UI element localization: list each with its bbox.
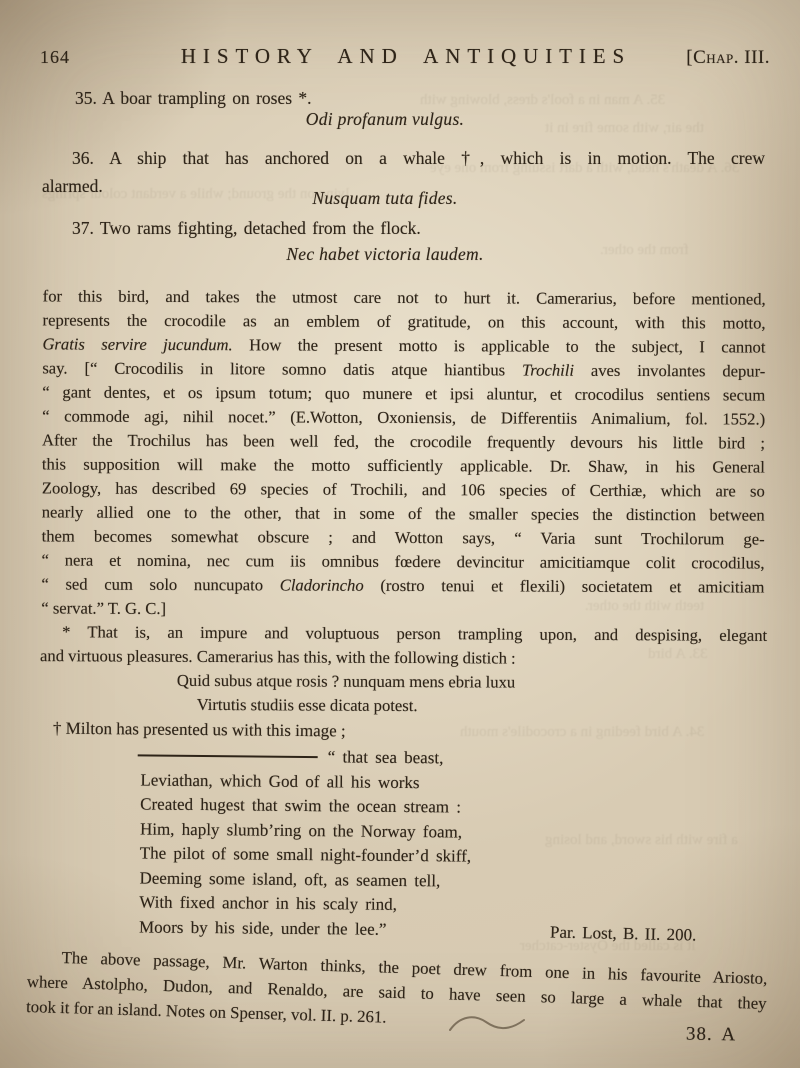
entry-37-motto: Nec habet victoria laudem. [40, 244, 730, 265]
page-number: 164 [40, 47, 160, 68]
note-line-rest: How the present motto is applicable to t… [233, 335, 766, 356]
show-through-text: 35. A man in a fool's dress, blowing wit… [420, 92, 665, 109]
note-line: say. [“ Crocodilis in litore somno datis… [42, 356, 765, 383]
catchword: 38. A [686, 1024, 737, 1047]
note-line: After the Trochilus has been well fed, t… [42, 428, 765, 455]
entry-35-text: A boar trampling on roses *. [97, 88, 312, 108]
entry-36-number: 36. [72, 148, 94, 168]
running-title: HISTORY AND ANTIQUITIES [160, 44, 652, 69]
note-line: “ gant dentes, et os ipsum totum; quo mu… [42, 380, 765, 407]
note-line-part: say. [“ Crocodilis in litore somno datis… [42, 358, 522, 379]
entry-35-line: 35. A boar trampling on roses *. [75, 88, 312, 109]
note-line-part: aves involantes depur- [574, 361, 765, 381]
note-line: represents the crocodile as an emblem of… [43, 308, 766, 335]
chapter-label: [Chap. III. [652, 47, 770, 69]
footnote-asterisk: * That is, an impure and voluptuous pers… [40, 620, 767, 720]
note-line: “ nera et nomina, nec cum iis omnibus fœ… [41, 548, 764, 575]
entry-35-number: 35. [75, 88, 97, 108]
latin-term-inline: Trochili [522, 361, 574, 380]
ink-squiggle-mark [448, 1012, 528, 1038]
book-page-photo: 35. A man in a fool's dress, blowing wit… [0, 0, 800, 1068]
note-continuation: for this bird, and takes the utmost care… [41, 284, 765, 623]
footnote-closing-paragraph: The above passage, Mr. Warton thinks, th… [26, 944, 768, 1041]
note-line: this supposition will make the motto suf… [42, 452, 765, 479]
note-line: nearly allied one to the other, that in … [42, 500, 765, 527]
note-line: Zoology, has described 69 species of Tro… [42, 476, 765, 503]
note-line: them becomes somewhat obscure ; and Wott… [42, 524, 765, 551]
entry-36-text: A ship that has anchored on a whale †, w… [94, 148, 765, 168]
running-head: 164 HISTORY AND ANTIQUITIES [Chap. III. [40, 44, 770, 69]
entry-35-motto: Odi profanum vulgus. [40, 109, 730, 130]
note-line-final: “ servat.” T. G. C.] [41, 596, 764, 623]
note-line: “ sed cum solo nuncupato Cladorincho (ro… [41, 572, 764, 599]
entry-37-line: 37. Two rams fighting, detached from the… [72, 218, 421, 239]
entry-37-number: 37. [72, 218, 94, 238]
verse-text: “ that sea beast, [328, 747, 444, 767]
entry-37-text: Two rams fighting, detached from the flo… [94, 218, 421, 238]
latin-motto-inline: Gratis servire jucundum. [42, 334, 232, 354]
verse-leader-rule [138, 754, 318, 758]
distich-line-1: Quid subus atque rosis ? nunquam mens eb… [177, 669, 767, 696]
note-line-part: “ sed cum solo nuncupato [41, 574, 279, 594]
entry-36-line: 36. A ship that has anchored on a whale … [42, 148, 765, 169]
note-line-part: (rostro tenui et flexili) societatem et … [364, 576, 765, 597]
entry-36-motto: Nusquam tuta fides. [40, 188, 730, 209]
note-line: for this bird, and takes the utmost care… [43, 284, 766, 311]
note-line: Gratis servire jucundum. How the present… [42, 332, 765, 359]
verse-citation: Par. Lost, B. II. 200. [550, 922, 697, 945]
latin-term-inline: Cladorincho [280, 575, 364, 594]
footnote-dagger: † Milton has presented us with this imag… [39, 715, 771, 946]
footnote-line: and virtuous pleasures. Camerarius has t… [40, 644, 767, 672]
note-line: “ commode agi, nihil nocet.” (E.Wotton, … [42, 404, 765, 431]
